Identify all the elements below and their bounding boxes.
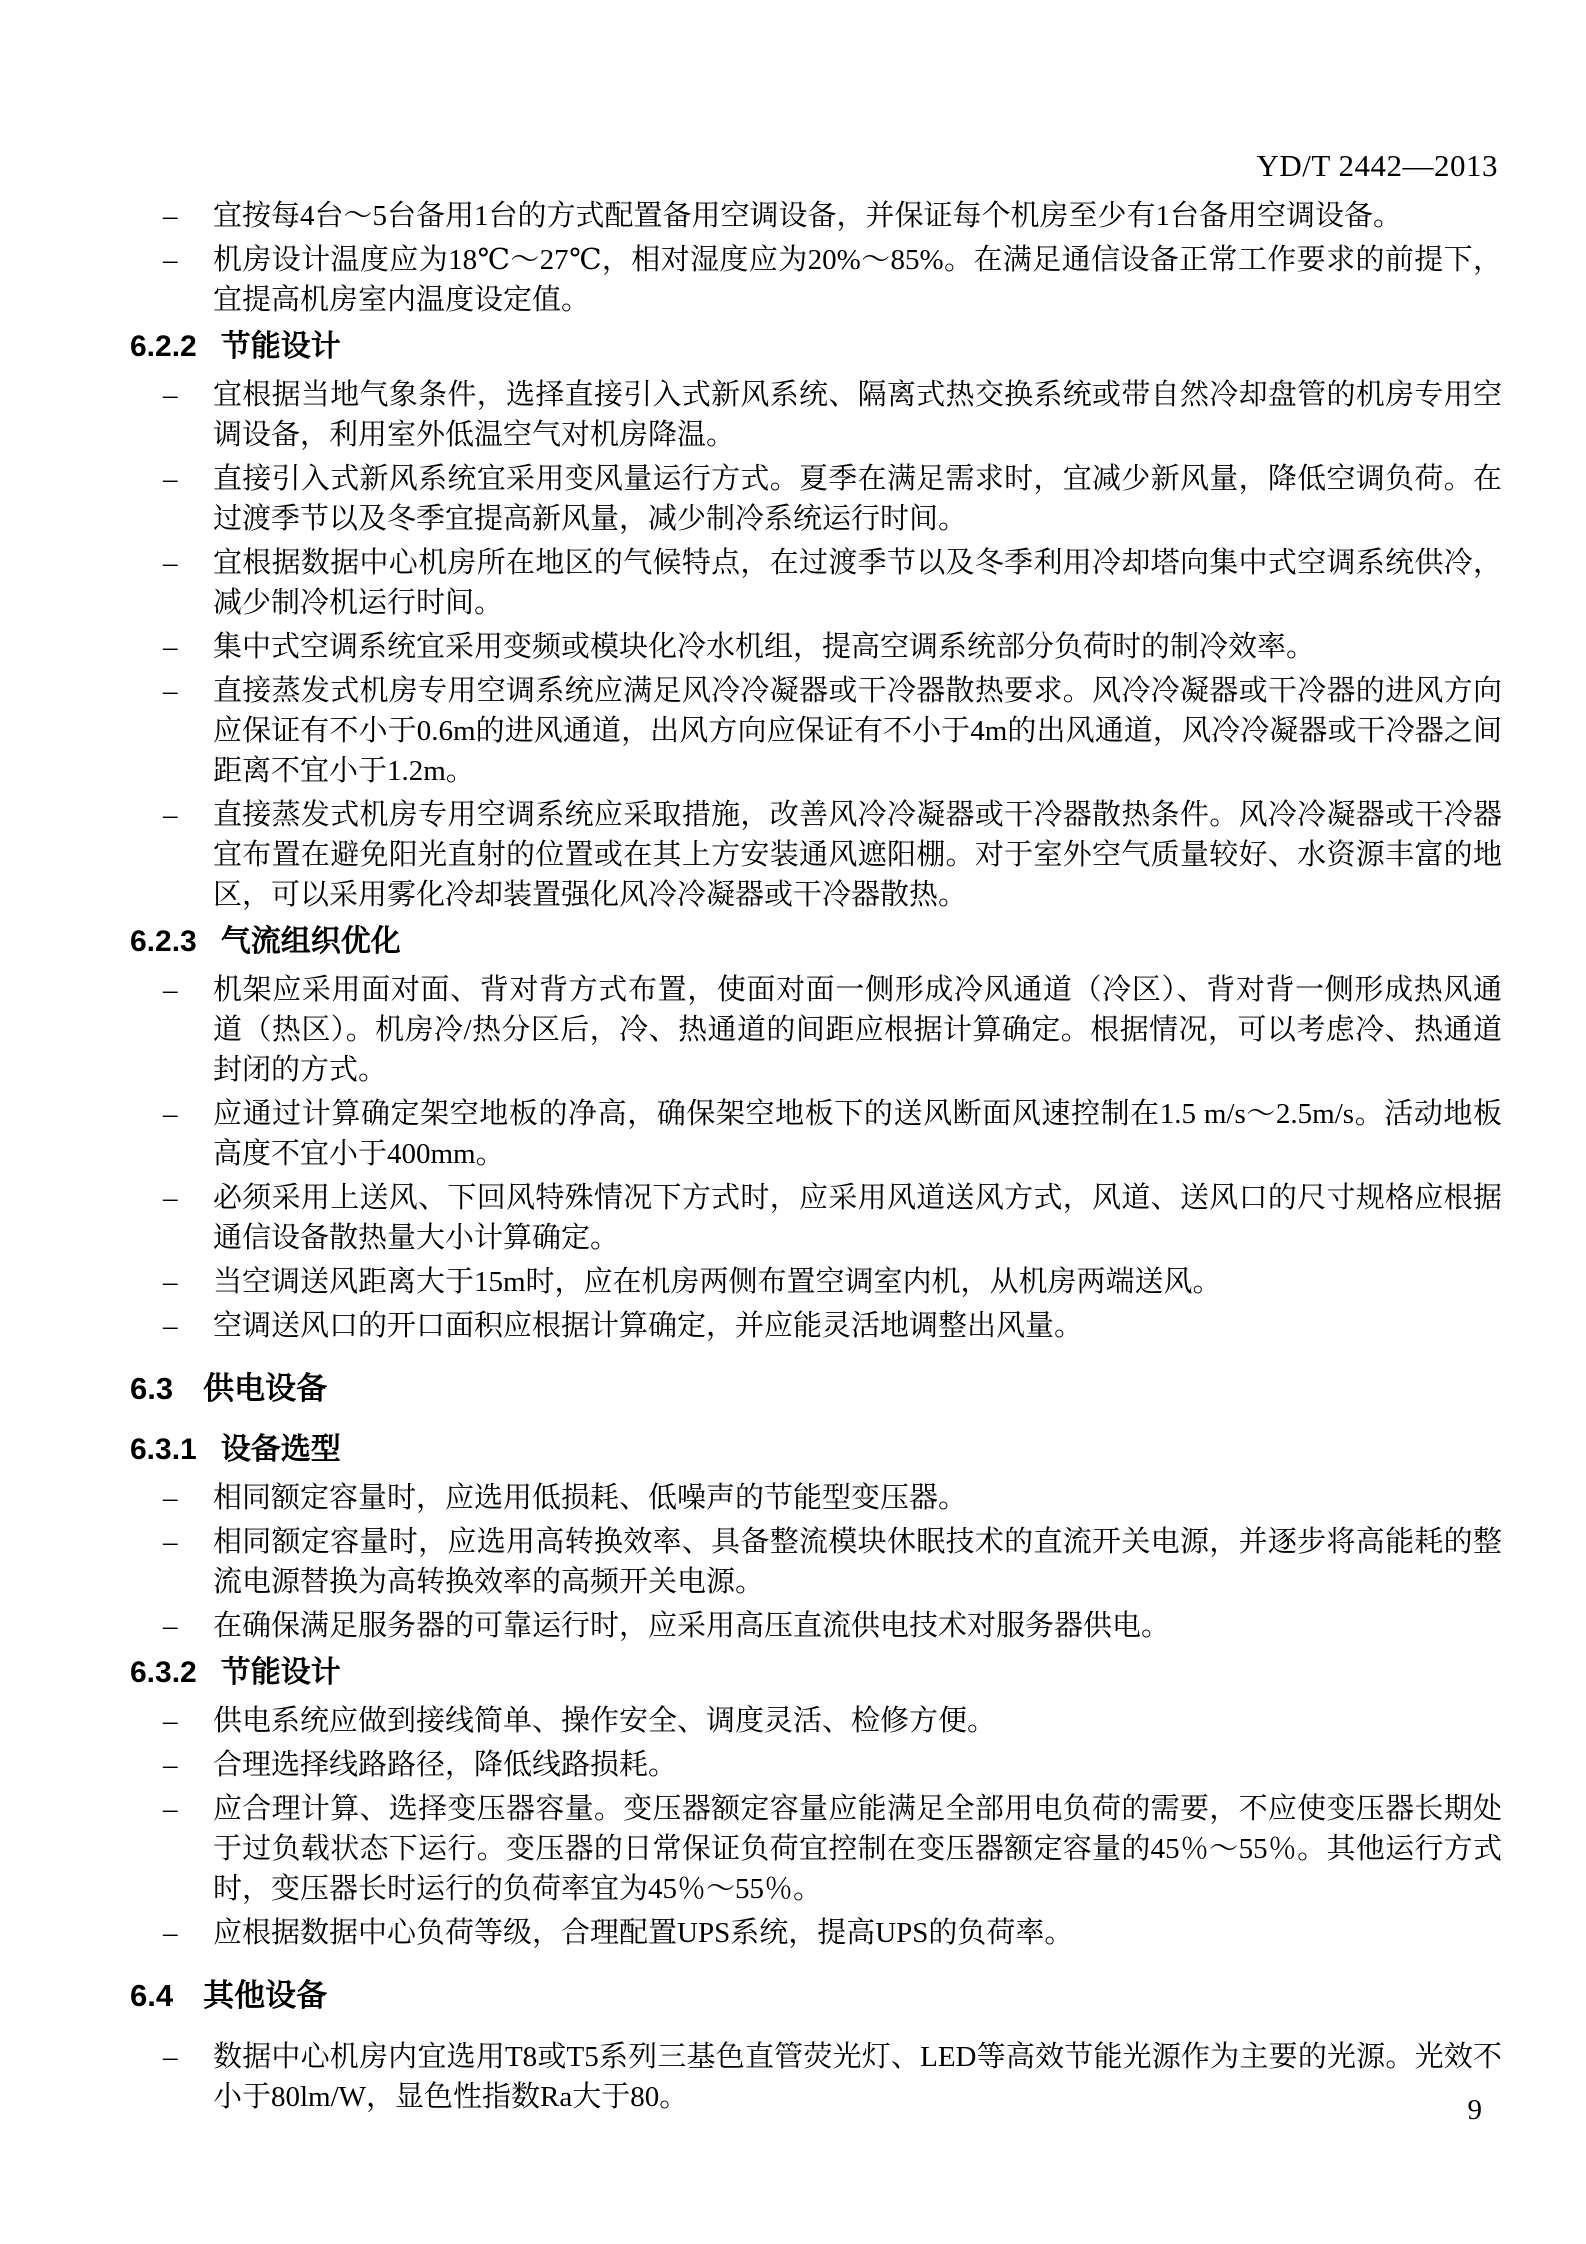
bullet-dash-icon: – bbox=[163, 375, 213, 455]
list-item: – 直接引入式新风系统宜采用变风量运行方式。夏季在满足需求时，宜减少新风量，降低… bbox=[130, 459, 1502, 539]
bullet-text: 数据中心机房内宜选用T8或T5系列三基色直管荧光灯、LED等高效节能光源作为主要… bbox=[213, 2037, 1502, 2117]
list-item: – 供电系统应做到接线简单、操作安全、调度灵活、检修方便。 bbox=[130, 1701, 1502, 1741]
list-item: – 数据中心机房内宜选用T8或T5系列三基色直管荧光灯、LED等高效节能光源作为… bbox=[130, 2037, 1502, 2117]
bullet-dash-icon: – bbox=[163, 196, 213, 236]
bullet-text: 宜按每4台～5台备用1台的方式配置备用空调设备，并保证每个机房至少有1台备用空调… bbox=[213, 196, 1502, 236]
bullet-text: 相同额定容量时，应选用高转换效率、具备整流模块休眠技术的直流开关电源，并逐步将高… bbox=[213, 1522, 1502, 1602]
section-number: 6.2.2 bbox=[130, 330, 197, 363]
bullet-text: 相同额定容量时，应选用低损耗、低噪声的节能型变压器。 bbox=[213, 1478, 1502, 1518]
bullet-dash-icon: – bbox=[163, 1606, 213, 1646]
section-title: 设备选型 bbox=[221, 1433, 341, 1466]
bullet-dash-icon: – bbox=[163, 1262, 213, 1302]
bullet-text: 直接蒸发式机房专用空调系统应满足风冷冷凝器或干冷器散热要求。风冷冷凝器或干冷器的… bbox=[213, 671, 1502, 791]
section-heading-6-2-2: 6.2.2节能设计 bbox=[130, 327, 1502, 367]
bullet-dash-icon: – bbox=[163, 240, 213, 320]
section-title: 其他设备 bbox=[203, 1978, 327, 2013]
bullet-text: 机架应采用面对面、背对背方式布置，使面对面一侧形成冷风通道（冷区）、背对背一侧形… bbox=[213, 970, 1502, 1090]
list-item: – 当空调送风距离大于15m时，应在机房两侧布置空调室内机，从机房两端送风。 bbox=[130, 1262, 1502, 1302]
list-item: – 相同额定容量时，应选用低损耗、低噪声的节能型变压器。 bbox=[130, 1478, 1502, 1518]
list-item: – 直接蒸发式机房专用空调系统应满足风冷冷凝器或干冷器散热要求。风冷冷凝器或干冷… bbox=[130, 671, 1502, 791]
bullet-text: 供电系统应做到接线简单、操作安全、调度灵活、检修方便。 bbox=[213, 1701, 1502, 1741]
list-item: – 机房设计温度应为18℃～27℃，相对湿度应为20%～85%。在满足通信设备正… bbox=[130, 240, 1502, 320]
list-item: – 合理选择线路路径，降低线路损耗。 bbox=[130, 1745, 1502, 1785]
bullet-text: 机房设计温度应为18℃～27℃，相对湿度应为20%～85%。在满足通信设备正常工… bbox=[213, 240, 1502, 320]
bullet-text: 合理选择线路路径，降低线路损耗。 bbox=[213, 1745, 1502, 1785]
section-number: 6.2.3 bbox=[130, 925, 197, 958]
bullet-dash-icon: – bbox=[163, 795, 213, 915]
bullet-dash-icon: – bbox=[163, 671, 213, 791]
bullet-dash-icon: – bbox=[163, 627, 213, 667]
list-item: – 在确保满足服务器的可靠运行时，应采用高压直流供电技术对服务器供电。 bbox=[130, 1606, 1502, 1646]
list-item: – 直接蒸发式机房专用空调系统应采取措施，改善风冷冷凝器或干冷器散热条件。风冷冷… bbox=[130, 795, 1502, 915]
bullet-text: 应通过计算确定架空地板的净高，确保架空地板下的送风断面风速控制在1.5 m/s～… bbox=[213, 1094, 1502, 1174]
bullet-text: 应根据数据中心负荷等级，合理配置UPS系统，提高UPS的负荷率。 bbox=[213, 1913, 1502, 1953]
section-title: 气流组织优化 bbox=[221, 925, 401, 958]
bullet-text: 直接引入式新风系统宜采用变风量运行方式。夏季在满足需求时，宜减少新风量，降低空调… bbox=[213, 459, 1502, 539]
bullet-dash-icon: – bbox=[163, 1701, 213, 1741]
page-content: – 宜按每4台～5台备用1台的方式配置备用空调设备，并保证每个机房至少有1台备用… bbox=[130, 196, 1502, 2121]
list-item: – 应通过计算确定架空地板的净高，确保架空地板下的送风断面风速控制在1.5 m/… bbox=[130, 1094, 1502, 1174]
list-item: – 宜根据数据中心机房所在地区的气候特点，在过渡季节以及冬季利用冷却塔向集中式空… bbox=[130, 543, 1502, 623]
bullet-dash-icon: – bbox=[163, 1094, 213, 1174]
bullet-text: 应合理计算、选择变压器容量。变压器额定容量应能满足全部用电负荷的需要，不应使变压… bbox=[213, 1789, 1502, 1909]
list-item: – 机架应采用面对面、背对背方式布置，使面对面一侧形成冷风通道（冷区）、背对背一… bbox=[130, 970, 1502, 1090]
bullet-text: 宜根据当地气象条件，选择直接引入式新风系统、隔离式热交换系统或带自然冷却盘管的机… bbox=[213, 375, 1502, 455]
bullet-dash-icon: – bbox=[163, 1306, 213, 1346]
list-item: – 宜根据当地气象条件，选择直接引入式新风系统、隔离式热交换系统或带自然冷却盘管… bbox=[130, 375, 1502, 455]
section-number: 6.3 bbox=[130, 1371, 173, 1406]
bullet-dash-icon: – bbox=[163, 1745, 213, 1785]
list-item: – 必须采用上送风、下回风特殊情况下方式时，应采用风道送风方式，风道、送风口的尺… bbox=[130, 1178, 1502, 1258]
bullet-text: 必须采用上送风、下回风特殊情况下方式时，应采用风道送风方式，风道、送风口的尺寸规… bbox=[213, 1178, 1502, 1258]
bullet-dash-icon: – bbox=[163, 2037, 213, 2117]
list-item: – 相同额定容量时，应选用高转换效率、具备整流模块休眠技术的直流开关电源，并逐步… bbox=[130, 1522, 1502, 1602]
list-item: – 集中式空调系统宜采用变频或模块化冷水机组，提高空调系统部分负荷时的制冷效率。 bbox=[130, 627, 1502, 667]
document-page: YD/T 2442—2013 – 宜按每4台～5台备用1台的方式配置备用空调设备… bbox=[0, 0, 1586, 2244]
section-number: 6.4 bbox=[130, 1978, 173, 2013]
bullet-text: 直接蒸发式机房专用空调系统应采取措施，改善风冷冷凝器或干冷器散热条件。风冷冷凝器… bbox=[213, 795, 1502, 915]
section-heading-6-3-2: 6.3.2节能设计 bbox=[130, 1653, 1502, 1693]
list-item: – 应根据数据中心负荷等级，合理配置UPS系统，提高UPS的负荷率。 bbox=[130, 1913, 1502, 1953]
section-heading-6-2-3: 6.2.3气流组织优化 bbox=[130, 922, 1502, 962]
section-heading-6-3: 6.3供电设备 bbox=[130, 1368, 1502, 1410]
bullet-text: 在确保满足服务器的可靠运行时，应采用高压直流供电技术对服务器供电。 bbox=[213, 1606, 1502, 1646]
bullet-dash-icon: – bbox=[163, 1913, 213, 1953]
bullet-dash-icon: – bbox=[163, 543, 213, 623]
bullet-dash-icon: – bbox=[163, 1178, 213, 1258]
bullet-text: 宜根据数据中心机房所在地区的气候特点，在过渡季节以及冬季利用冷却塔向集中式空调系… bbox=[213, 543, 1502, 623]
bullet-dash-icon: – bbox=[163, 970, 213, 1090]
section-title: 节能设计 bbox=[221, 330, 341, 363]
document-number-header: YD/T 2442—2013 bbox=[1256, 148, 1498, 184]
section-heading-6-3-1: 6.3.1设备选型 bbox=[130, 1430, 1502, 1470]
list-item: – 应合理计算、选择变压器容量。变压器额定容量应能满足全部用电负荷的需要，不应使… bbox=[130, 1789, 1502, 1909]
bullet-text: 空调送风口的开口面积应根据计算确定，并应能灵活地调整出风量。 bbox=[213, 1306, 1502, 1346]
section-heading-6-4: 6.4其他设备 bbox=[130, 1975, 1502, 2017]
section-number: 6.3.2 bbox=[130, 1656, 197, 1689]
bullet-dash-icon: – bbox=[163, 459, 213, 539]
section-title: 供电设备 bbox=[203, 1371, 327, 1406]
bullet-dash-icon: – bbox=[163, 1478, 213, 1518]
page-number: 9 bbox=[1468, 2094, 1483, 2127]
bullet-text: 当空调送风距离大于15m时，应在机房两侧布置空调室内机，从机房两端送风。 bbox=[213, 1262, 1502, 1302]
bullet-dash-icon: – bbox=[163, 1789, 213, 1909]
list-item: – 空调送风口的开口面积应根据计算确定，并应能灵活地调整出风量。 bbox=[130, 1306, 1502, 1346]
bullet-dash-icon: – bbox=[163, 1522, 213, 1602]
bullet-text: 集中式空调系统宜采用变频或模块化冷水机组，提高空调系统部分负荷时的制冷效率。 bbox=[213, 627, 1502, 667]
section-number: 6.3.1 bbox=[130, 1433, 197, 1466]
section-title: 节能设计 bbox=[221, 1656, 341, 1689]
list-item: – 宜按每4台～5台备用1台的方式配置备用空调设备，并保证每个机房至少有1台备用… bbox=[130, 196, 1502, 236]
